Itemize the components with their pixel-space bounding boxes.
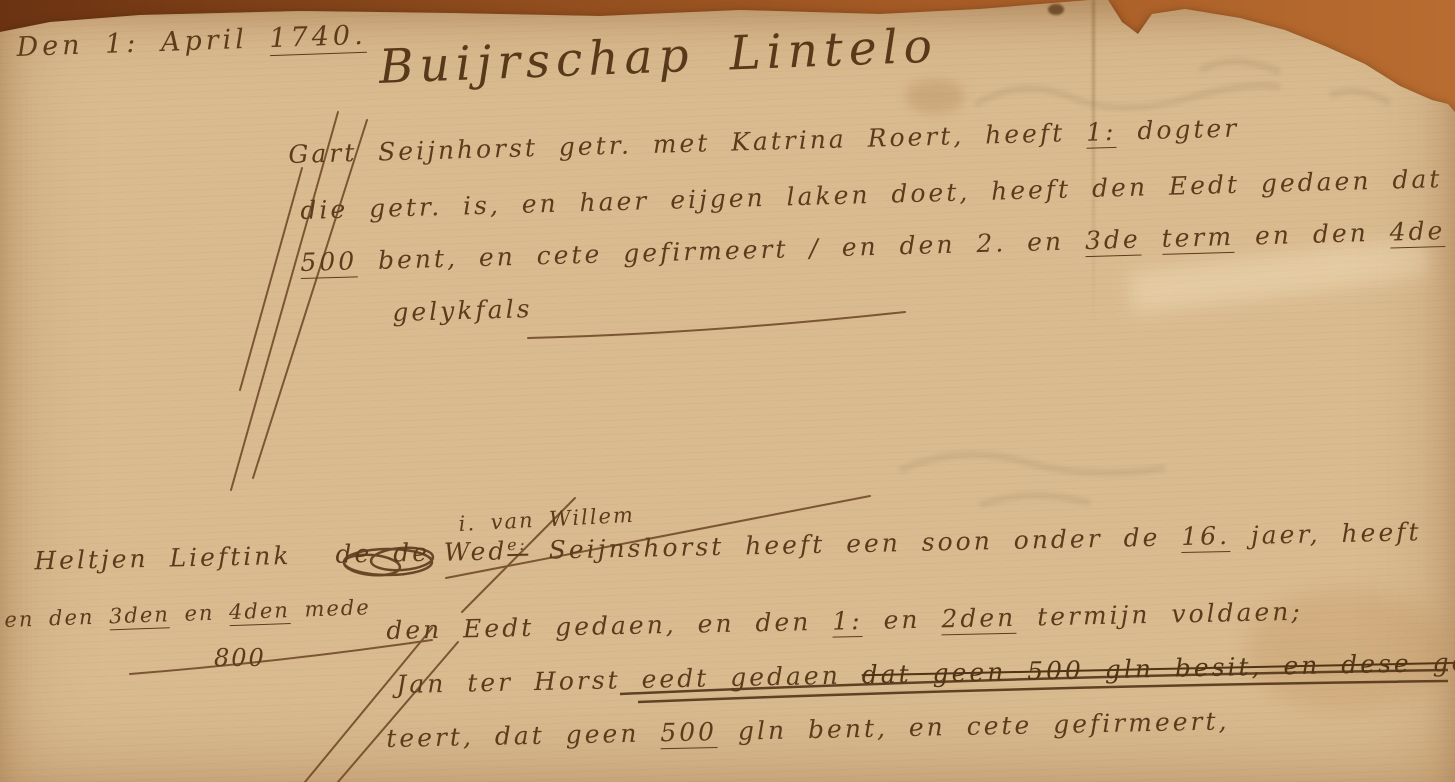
date-year: 1740. [269,20,367,56]
text-segment: Seijnshorst heeft een soon onder de [527,522,1181,565]
entry2-amount: 800 [214,644,266,672]
underlined-number: 500 [300,246,358,279]
manuscript-page: Den 1: April 1740. Buijrschap Lintelo 57… [0,0,1455,782]
text-segment: termijn voldaen; [1016,597,1303,632]
underlined-number: 500 [660,717,717,749]
photo-canvas: Den 1: April 1740. Buijrschap Lintelo 57… [0,0,1455,782]
underlined-number: 2den [941,603,1016,636]
date-text: Den 1: April [16,23,270,63]
underlined-word: 4de [1389,216,1446,249]
text-segment: gln bent, en cete gefirmeert, [717,706,1230,746]
text-segment: en [169,600,229,626]
text-segment: teert, dat geen [386,718,661,753]
underlined-word: term [1161,222,1234,255]
text-segment: Jan ter Horst eedt gedaen [396,660,862,699]
text-segment: de de [335,538,430,569]
text-segment: Gart Seijnhorst getr. met Katrina Roert,… [288,118,1086,169]
text-segment [1140,224,1162,254]
ink-spot [1048,4,1064,15]
underlined-number: 1: [832,606,863,638]
entry1-line2: die getr. is, en haer eijgen laken doet,… [300,161,1455,225]
text-segment: jaer, heeft [1230,517,1422,550]
underlined-number: 1: [1086,117,1117,149]
entry2-insertion: i. van Willem [458,503,635,536]
entry1-line1: Gart Seijnhorst getr. met Katrina Roert,… [288,113,1240,169]
cancelled-text: dat geen 500 gln besit, en dese gepar: [861,646,1455,689]
underlined-word: 3de [1085,225,1142,258]
text-segment: den Eedt gedaen, en den [386,607,833,645]
text-segment: bent, en cete gefirmeert / en den 2. en [357,226,1086,275]
paper-stain [905,80,965,114]
text-segment: en den [1234,218,1390,251]
underlined-number: 16. [1181,521,1230,553]
paper-shadow-wrap: Den 1: April 1740. Buijrschap Lintelo 57… [0,0,1455,782]
text-segment: dogter [1116,113,1240,145]
text-segment: en den [4,604,109,632]
text-segment: en [862,604,941,635]
entry1-line3: 500 bent, en cete gefirmeert / en den 2.… [300,216,1446,277]
entry2-line3: Jan ter Horst eedt gedaen dat geen 500 g… [396,646,1455,699]
text-segment: Wed [444,536,508,566]
entry2-line2: den Eedt gedaen, en den 1: en 2den termi… [386,597,1303,645]
page-title: Buijrschap Lintelo [378,19,939,95]
entry2-line4: teert, dat geen 500 gln bent, en cete ge… [386,706,1230,753]
text-segment: mede [289,595,371,622]
page-number: 57 [1398,42,1425,68]
entry2-line1: Heltjen Lieftinkde deWede: Seijnshorst h… [34,517,1422,575]
fold-crease [1092,0,1095,330]
entry-date: Den 1: April 1740. [16,20,367,63]
entry1-line4: gelykfals [392,294,533,327]
underlined-word: 4den [229,598,291,626]
person-name: Heltjen Lieftink [34,541,292,575]
underlined-word: 3den [109,602,171,630]
entry2-margin-note: en den 3den en 4den mede [4,595,371,632]
deleted-word: de de [335,538,430,569]
superscript-abbrev: e: [507,536,528,556]
